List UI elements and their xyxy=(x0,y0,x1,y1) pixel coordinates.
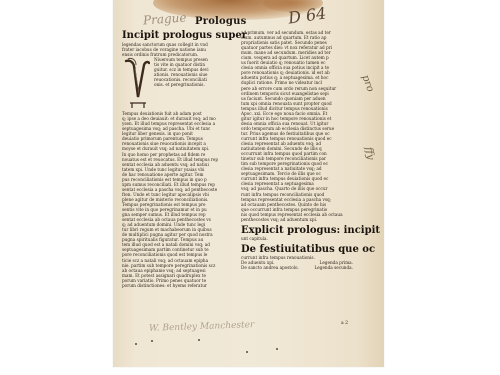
decorated-initial-v-icon xyxy=(124,57,150,109)
signature-mark: a 2 xyxy=(341,321,348,326)
festivities-heading: De festiuitatibus que oc xyxy=(241,244,353,255)
chapter-row: De sancto andrea apostolo. Legenda secun… xyxy=(241,265,353,270)
marginal-annotation: pro xyxy=(359,74,375,94)
ownership-signature: W. Bentley Manchester xyxy=(149,320,255,334)
ink-speck xyxy=(151,340,153,342)
explicit-heading: Explicit prologus: incipit xyxy=(241,225,353,236)
right-column: ad primum. ver ad secundum. estas ad ter… xyxy=(241,30,353,270)
chapter-legend-number: Legenda secunda. xyxy=(315,265,354,270)
text-line: onis. et peregrinationis. xyxy=(154,82,234,87)
marginal-annotation: ffy xyxy=(363,146,376,160)
left-column: Incipit prologus super legendas sanctoru… xyxy=(122,30,234,288)
chapter-title: De sancto andrea apostolo. xyxy=(241,265,299,270)
right-body-text: ad primum. ver ad secundum. estas ad ter… xyxy=(241,30,353,222)
text-line: nouatus est et reuocatus. Et illud tempu… xyxy=(122,157,234,162)
text-line: penthecostes vsq; ad aduentum xpi. xyxy=(241,217,353,222)
initial-adjacent-text: Niuersum tempus presen tis vite in quatu… xyxy=(154,57,234,87)
handwritten-note-top-left: Prague xyxy=(143,11,187,28)
explicit-continuation: unt capitula. xyxy=(241,236,353,241)
text-line: nis quod tempus representat ecclesia ab … xyxy=(241,212,353,217)
ink-speck xyxy=(246,351,248,353)
incipit-heading: Incipit prologus super xyxy=(122,30,234,41)
initial-block: Niuersum tempus presen tis vite in quatu… xyxy=(122,57,234,111)
manuscript-page: Prague Prologus D 64 Incipit prologus su… xyxy=(113,0,384,367)
text-line: porum distinctiones: et hyems referatur xyxy=(122,283,234,288)
running-head: Prologus xyxy=(195,16,246,27)
ink-speck xyxy=(276,348,278,350)
ink-speck xyxy=(198,339,200,341)
folio-number: D 64 xyxy=(287,3,328,27)
ink-speck xyxy=(135,343,137,345)
left-body-text: Tempus deuiationis fuit ab adam post q; … xyxy=(122,111,234,288)
